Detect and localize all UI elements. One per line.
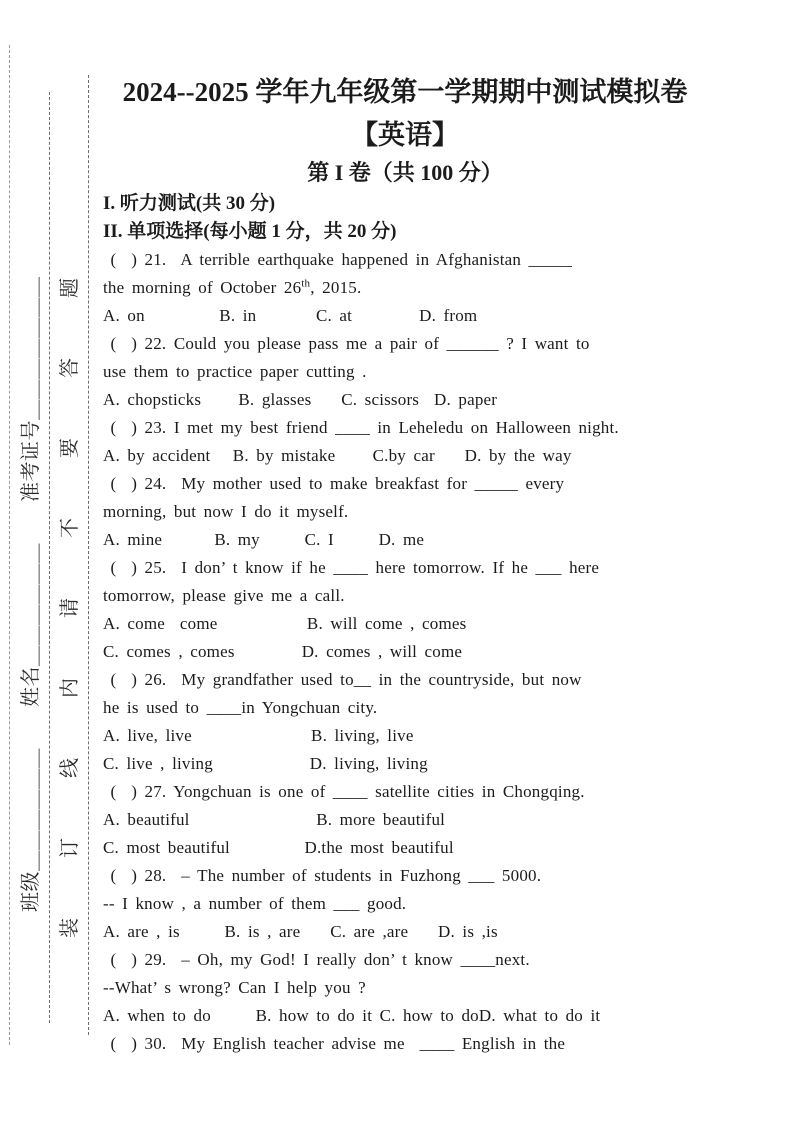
exam-line: A. when to do B. how to do it C. how to … — [103, 1002, 707, 1030]
exam-line: ( ) 23. I met my best friend ____ in Leh… — [103, 414, 707, 442]
exam-subject: 【英语】 — [103, 114, 707, 156]
exam-line: ( ) 30. My English teacher advise me ___… — [103, 1030, 707, 1058]
binding-line-text: 装 订 线 内 请 不 要 答 题 — [53, 278, 82, 938]
exam-line: ( ) 28. – The number of students in Fuzh… — [103, 862, 707, 890]
student-info-labels: 班级＿＿＿＿＿＿ 姓名＿＿＿＿＿＿ 准考证号＿＿＿＿＿＿＿ — [14, 277, 43, 913]
exam-line: use them to practice paper cutting . — [103, 358, 707, 386]
question-lines: ( ) 21. A terrible earthquake happened i… — [103, 246, 707, 1058]
exam-line: the morning of October 26th, 2015. — [103, 274, 707, 302]
exam-line: A. live, live B. living, live — [103, 722, 707, 750]
exam-line: ( ) 29. – Oh, my God! I really don’ t kn… — [103, 946, 707, 974]
exam-line: ( ) 27. Yongchuan is one of ____ satelli… — [103, 778, 707, 806]
exam-line: ( ) 24. My mother used to make breakfast… — [103, 470, 707, 498]
exam-line: tomorrow, please give me a call. — [103, 582, 707, 610]
exam-line: C. most beautiful D.the most beautiful — [103, 834, 707, 862]
exam-line: A. beautiful B. more beautiful — [103, 806, 707, 834]
exam-line: ( ) 22. Could you please pass me a pair … — [103, 330, 707, 358]
part-heading: 第 I 卷（共 100 分） — [103, 156, 707, 190]
binding-dashed-line-inner — [88, 75, 89, 1035]
exam-line: A. are , is B. is , are C. are ,are D. i… — [103, 918, 707, 946]
exam-page: 班级＿＿＿＿＿＿ 姓名＿＿＿＿＿＿ 准考证号＿＿＿＿＿＿＿ 装 订 线 内 请 … — [0, 0, 793, 1122]
exam-line: ( ) 21. A terrible earthquake happened i… — [103, 246, 707, 274]
exam-title: 2024--2025 学年九年级第一学期期中测试模拟卷 — [103, 70, 707, 114]
binding-dashed-line-middle — [49, 92, 50, 1023]
exam-line: he is used to ____in Yongchuan city. — [103, 694, 707, 722]
binding-dashed-line-outer — [9, 45, 10, 1045]
section-choice-heading: II. 单项选择(每小题 1 分，共 20 分) — [103, 218, 707, 246]
exam-line: morning, but now I do it myself. — [103, 498, 707, 526]
exam-line: A. by accident B. by mistake C.by car D.… — [103, 442, 707, 470]
exam-line: ( ) 25. I don’ t know if he ____ here to… — [103, 554, 707, 582]
exam-line: A. on B. in C. at D. from — [103, 302, 707, 330]
exam-line: A. mine B. my C. I D. me — [103, 526, 707, 554]
exam-content: 2024--2025 学年九年级第一学期期中测试模拟卷 【英语】 第 I 卷（共… — [103, 70, 707, 1058]
exam-line: --What’ s wrong? Can I help you ? — [103, 974, 707, 1002]
exam-line: ( ) 26. My grandfather used to__ in the … — [103, 666, 707, 694]
section-listening-heading: I. 听力测试(共 30 分) — [103, 190, 707, 218]
exam-line: C. comes , comes D. comes , will come — [103, 638, 707, 666]
exam-line: A. come come B. will come , comes — [103, 610, 707, 638]
exam-line: A. chopsticks B. glasses C. scissors D. … — [103, 386, 707, 414]
exam-line: C. live , living D. living, living — [103, 750, 707, 778]
exam-line: -- I know , a number of them ___ good. — [103, 890, 707, 918]
